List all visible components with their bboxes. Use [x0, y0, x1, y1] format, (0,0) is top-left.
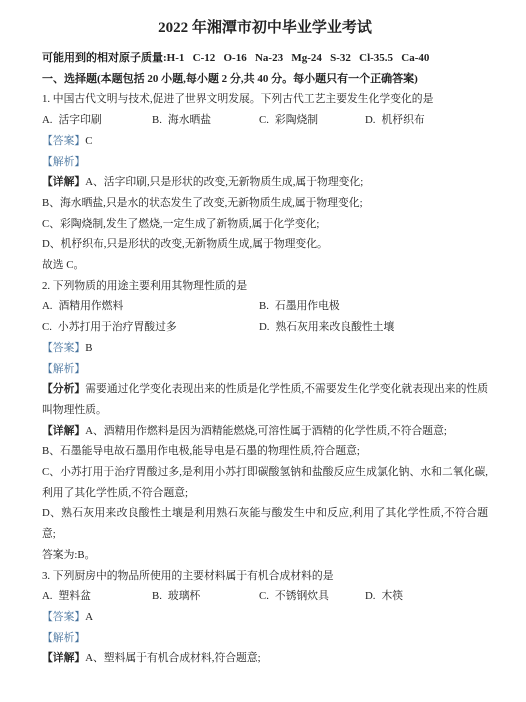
conclusion-line: 故选 C。 — [42, 255, 488, 276]
page-title: 2022 年湘潭市初中毕业学业考试 — [42, 17, 488, 39]
conclusion-line: 答案为:B。 — [42, 545, 488, 566]
question-stem: 2. 下列物质的用途主要利用其物理性质的是 — [42, 276, 488, 297]
analysis-line: 【解析】 — [42, 152, 488, 173]
option-d: D.熟石灰用来改良酸性土壤 — [259, 317, 488, 338]
detail-line: 【详解】A、活字印刷,只是形状的改变,无新物质生成,属于物理变化; — [42, 172, 488, 193]
question-block-1: 1. 中国古代文明与技术,促进了世界文明发展。下列古代工艺主要发生化学变化的是 … — [42, 89, 488, 275]
options-row: A.酒精用作燃料 B.石墨用作电极 — [42, 296, 488, 317]
detail-line: B、石墨能导电故石墨用作电极,能导电是石墨的物理性质,符合题意; — [42, 441, 488, 462]
option-d: D.机杼织布 — [365, 110, 488, 131]
answer-line: 【答案】B — [42, 338, 488, 359]
answer-value: A — [85, 611, 93, 623]
exam-paper-page: 2022 年湘潭市初中毕业学业考试 可能用到的相对原子质量:H-1 C-12 O… — [0, 0, 526, 702]
detail-line: 【详解】A、酒精用作燃料是因为酒精能燃烧,可溶性属于酒精的化学性质,不符合题意; — [42, 421, 488, 442]
answer-marker: 【答案】 — [42, 135, 85, 147]
options-row: A.活字印刷 B.海水晒盐 C.彩陶烧制 D.机杼织布 — [42, 110, 488, 131]
question-block-2: 2. 下列物质的用途主要利用其物理性质的是 A.酒精用作燃料 B.石墨用作电极 … — [42, 276, 488, 566]
answer-value: B — [85, 342, 92, 354]
option-d: D.木筷 — [365, 586, 488, 607]
option-c: C.彩陶烧制 — [259, 110, 365, 131]
detail-line: 【详解】A、塑料属于有机合成材料,符合题意; — [42, 648, 488, 669]
question-stem: 3. 下列厨房中的物品所使用的主要材料属于有机合成材料的是 — [42, 566, 488, 587]
analysis-marker: 【解析】 — [42, 363, 85, 375]
answer-marker: 【答案】 — [42, 342, 85, 354]
answer-line: 【答案】A — [42, 607, 488, 628]
option-b: B.海水晒盐 — [152, 110, 259, 131]
answer-value: C — [85, 135, 92, 147]
detail-line: D、熟石灰用来改良酸性土壤是利用熟石灰能与酸发生中和反应,利用了其化学性质,不符… — [42, 503, 488, 544]
answer-marker: 【答案】 — [42, 611, 85, 623]
detail-line: 【分析】需要通过化学变化表现出来的性质是化学性质,不需要发生化学变化就表现出来的… — [42, 379, 488, 420]
option-b: B.玻璃杯 — [152, 586, 259, 607]
detail-line: D、机杼织布,只是形状的改变,无新物质生成,属于物理变化。 — [42, 234, 488, 255]
answer-line: 【答案】C — [42, 131, 488, 152]
option-c: C.不锈钢炊具 — [259, 586, 365, 607]
option-a: A.酒精用作燃料 — [42, 296, 259, 317]
detail-line: C、小苏打用于治疗胃酸过多,是利用小苏打即碳酸氢钠和盐酸反应生成氯化钠、水和二氧… — [42, 462, 488, 503]
option-a: A.活字印刷 — [42, 110, 152, 131]
analysis-line: 【解析】 — [42, 359, 488, 380]
section-heading: 一、选择题(本题包括 20 小题,每小题 2 分,共 40 分。每小题只有一个正… — [42, 69, 488, 90]
atomic-mass-line: 可能用到的相对原子质量:H-1 C-12 O-16 Na-23 Mg-24 S-… — [42, 48, 488, 69]
question-stem: 1. 中国古代文明与技术,促进了世界文明发展。下列古代工艺主要发生化学变化的是 — [42, 89, 488, 110]
option-b: B.石墨用作电极 — [259, 296, 488, 317]
analysis-marker: 【解析】 — [42, 156, 85, 168]
analysis-line: 【解析】 — [42, 628, 488, 649]
option-c: C.小苏打用于治疗胃酸过多 — [42, 317, 259, 338]
detail-line: C、彩陶烧制,发生了燃烧,一定生成了新物质,属于化学变化; — [42, 214, 488, 235]
option-a: A.塑料盆 — [42, 586, 152, 607]
options-row: A.塑料盆 B.玻璃杯 C.不锈钢炊具 D.木筷 — [42, 586, 488, 607]
question-block-3: 3. 下列厨房中的物品所使用的主要材料属于有机合成材料的是 A.塑料盆 B.玻璃… — [42, 566, 488, 670]
options-row: C.小苏打用于治疗胃酸过多 D.熟石灰用来改良酸性土壤 — [42, 317, 488, 338]
detail-line: B、海水晒盐,只是水的状态发生了改变,无新物质生成,属于物理变化; — [42, 193, 488, 214]
analysis-marker: 【解析】 — [42, 632, 85, 644]
